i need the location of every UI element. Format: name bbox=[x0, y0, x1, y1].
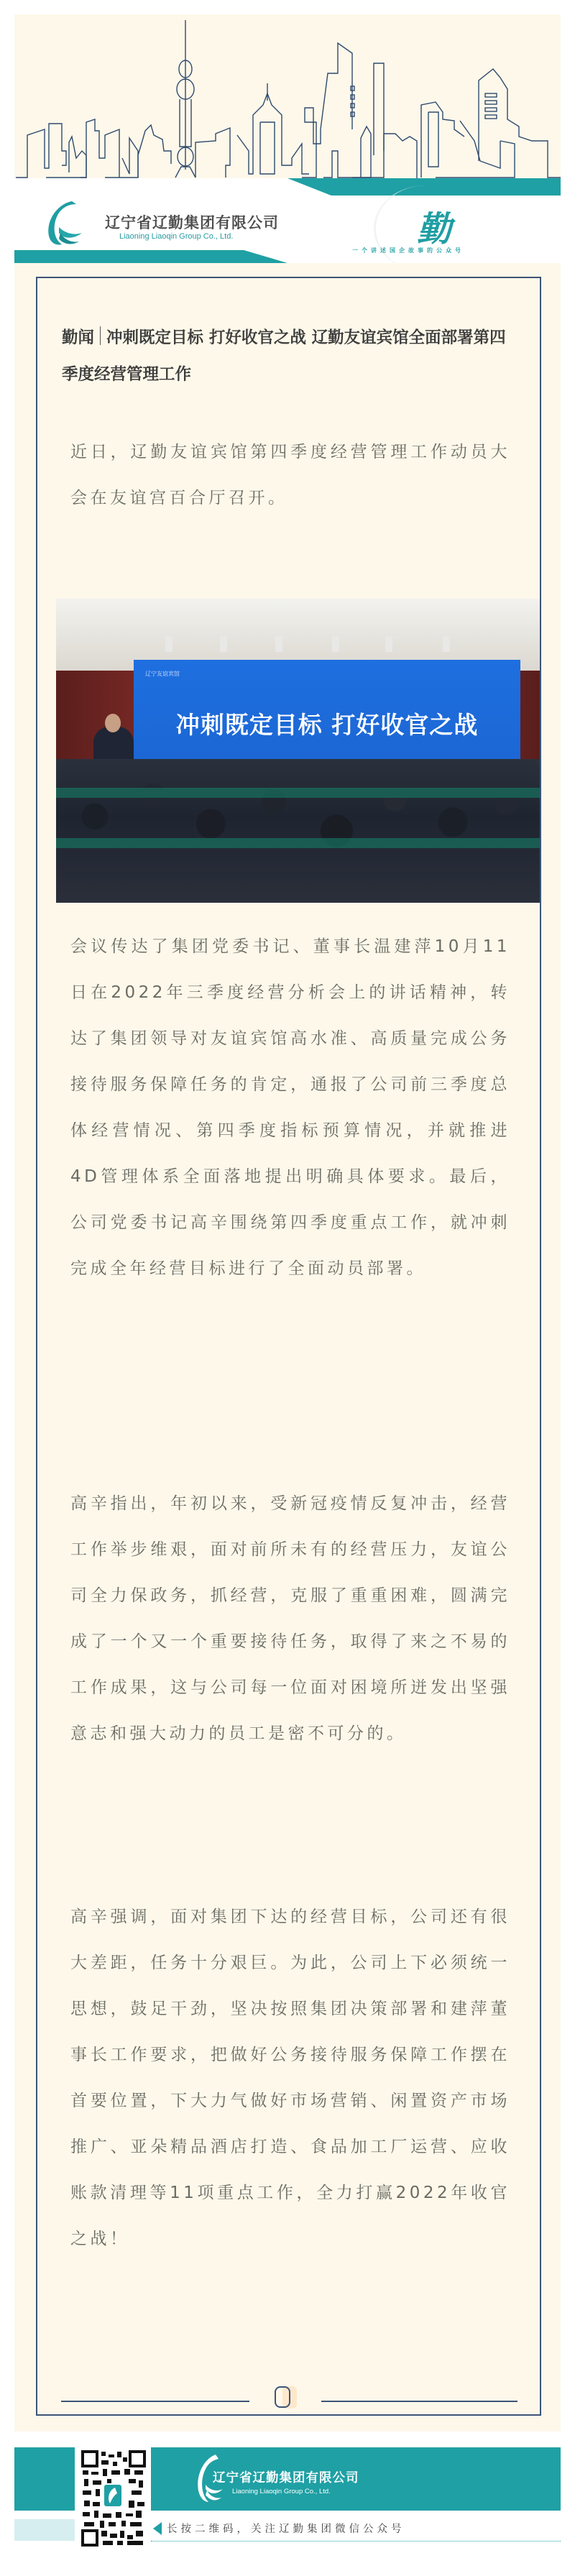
end-ornament bbox=[61, 2386, 517, 2415]
screen-logo: 辽宁友谊宾馆 bbox=[145, 670, 180, 678]
footer-accent bbox=[14, 2447, 75, 2511]
light-icon bbox=[385, 636, 392, 652]
decorative-stripe bbox=[14, 250, 287, 263]
title-divider bbox=[100, 326, 101, 345]
paragraph-2: 会议传达了集团党委书记、董事长温建萍10月11日在2022年三季度经营分析会上的… bbox=[70, 924, 510, 1292]
table-row-decor bbox=[56, 788, 540, 798]
meeting-photo: 辽宁友谊宾馆 冲刺既定目标 打好收官之战 第四季度经营管理工作动员大会 2022… bbox=[56, 599, 540, 903]
paragraph-4: 高辛强调，面对集团下达的经营目标，公司还有很大差距，任务十分艰巨。为此，公司上下… bbox=[70, 1894, 510, 2262]
header-logo-band: 辽宁省辽勤集团有限公司 Liaoning Liaoqin Group Co., … bbox=[14, 178, 561, 263]
screen-title: 冲刺既定目标 打好收官之战 bbox=[134, 707, 520, 740]
light-icon bbox=[220, 636, 227, 652]
audience bbox=[56, 759, 540, 903]
rounded-box-icon bbox=[275, 2386, 290, 2408]
article-title: 勤闻冲刺既定目标 打好收官之战 辽勤友谊宾馆全面部署第四季度经营管理工作 bbox=[62, 320, 522, 393]
light-icon bbox=[332, 636, 339, 652]
light-icon bbox=[443, 636, 450, 652]
footer-company-name-cn: 辽宁省辽勤集团有限公司 bbox=[213, 2468, 359, 2486]
city-skyline-illustration bbox=[14, 14, 561, 180]
light-icon bbox=[275, 636, 282, 652]
paragraph-1: 近日，辽勤友谊宾馆第四季度经营管理工作动员大会在友谊宫百合厅召开。 bbox=[70, 429, 510, 521]
dotted-divider bbox=[151, 2541, 561, 2541]
footer: 辽宁省辽勤集团有限公司 Liaoning Liaoqin Group Co., … bbox=[14, 2447, 561, 2562]
divider-line bbox=[61, 2401, 249, 2402]
arrow-left-icon bbox=[153, 2522, 162, 2535]
light-icon bbox=[165, 636, 172, 652]
footer-accent bbox=[14, 2519, 75, 2541]
paragraph-3: 高辛指出，年初以来，受新冠疫情反复冲击，经营工作举步维艰，面对前所未有的经营压力… bbox=[70, 1481, 510, 1757]
follow-note: 长按二维码，关注辽勤集团微信公众号 bbox=[167, 2521, 405, 2536]
company-name-en: Liaoning Liaoqin Group Co., Ltd. bbox=[119, 232, 233, 241]
company-name-cn: 辽宁省辽勤集团有限公司 bbox=[105, 211, 279, 233]
table-row-decor bbox=[56, 838, 540, 848]
speaker-head bbox=[105, 714, 121, 732]
title-prefix: 勤闻 bbox=[62, 328, 94, 347]
title-main: 冲刺既定目标 打好收官之战 辽勤友谊宾馆全面部署第四季度经营管理工作 bbox=[62, 328, 506, 384]
footer-company-name-en: Liaoning Liaoqin Group Co., Ltd. bbox=[232, 2488, 331, 2495]
brand-slogan: 一个讲述国企故事的公众号 bbox=[352, 247, 464, 254]
divider-line bbox=[321, 2401, 517, 2402]
phoenix-logo-icon bbox=[43, 198, 85, 247]
qr-code-icon[interactable] bbox=[81, 2450, 146, 2547]
brand-glyph: 勤 bbox=[417, 201, 451, 251]
